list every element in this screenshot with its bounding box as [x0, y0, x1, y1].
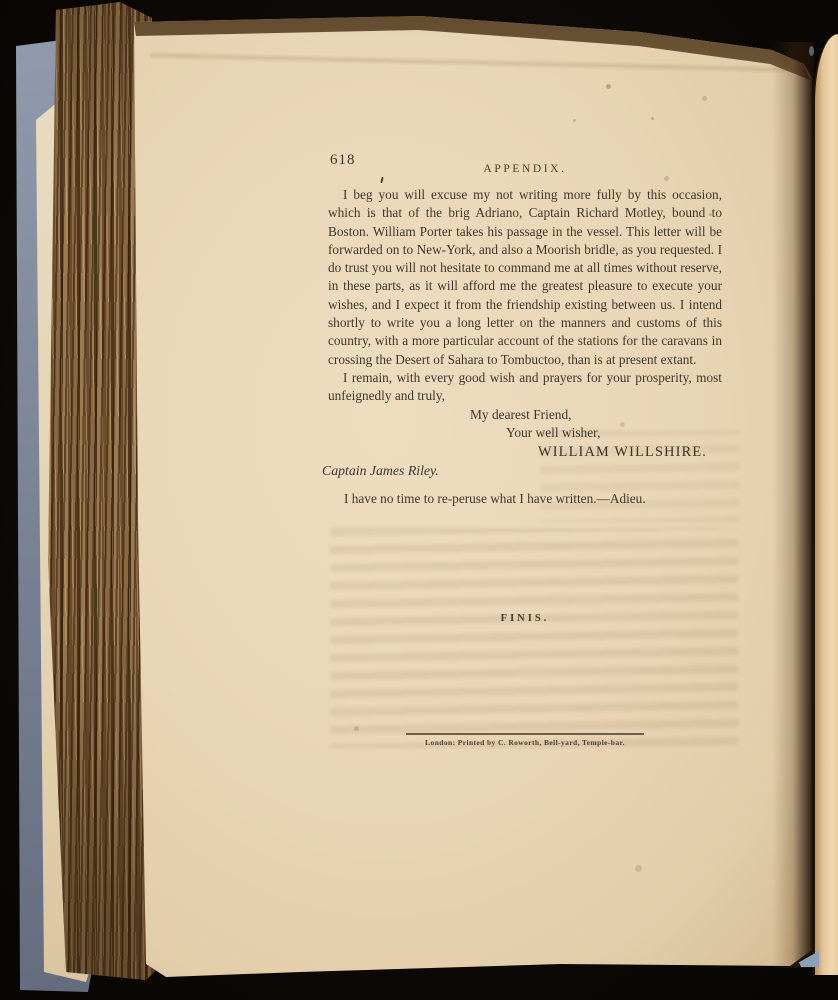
signature-name: WILLIAM WILLSHIRE.: [538, 443, 722, 462]
finis-label: FINIS.: [328, 613, 722, 624]
printer-imprint: London: Printed by C. Roworth, Bell-yard…: [328, 733, 722, 747]
running-head: APPENDIX.: [328, 163, 722, 175]
letter-text: I beg you will excuse my not writing mor…: [328, 186, 722, 508]
book-photo: 618 APPENDIX. I beg you will excuse my n…: [0, 0, 838, 1000]
verso-show-through: [330, 528, 738, 748]
salutation-line-1: My dearest Friend,: [470, 406, 722, 425]
letter-closing-paragraph: I remain, with every good wish and praye…: [328, 369, 722, 406]
salutation-line-2: Your well wisher,: [506, 424, 722, 443]
gutter-speck: [809, 46, 814, 56]
imprint-rule: [406, 733, 644, 735]
imprint-text: London: Printed by C. Roworth, Bell-yard…: [328, 738, 722, 747]
addressee-name: Captain James Riley.: [322, 462, 722, 481]
postscript-line: I have no time to re-peruse what I have …: [328, 490, 722, 508]
gutter-shadow: [772, 42, 814, 968]
letter-body-paragraph: I beg you will excuse my not writing mor…: [328, 186, 722, 369]
foxing-spots: [606, 84, 611, 89]
facing-page-edge: [813, 34, 838, 975]
